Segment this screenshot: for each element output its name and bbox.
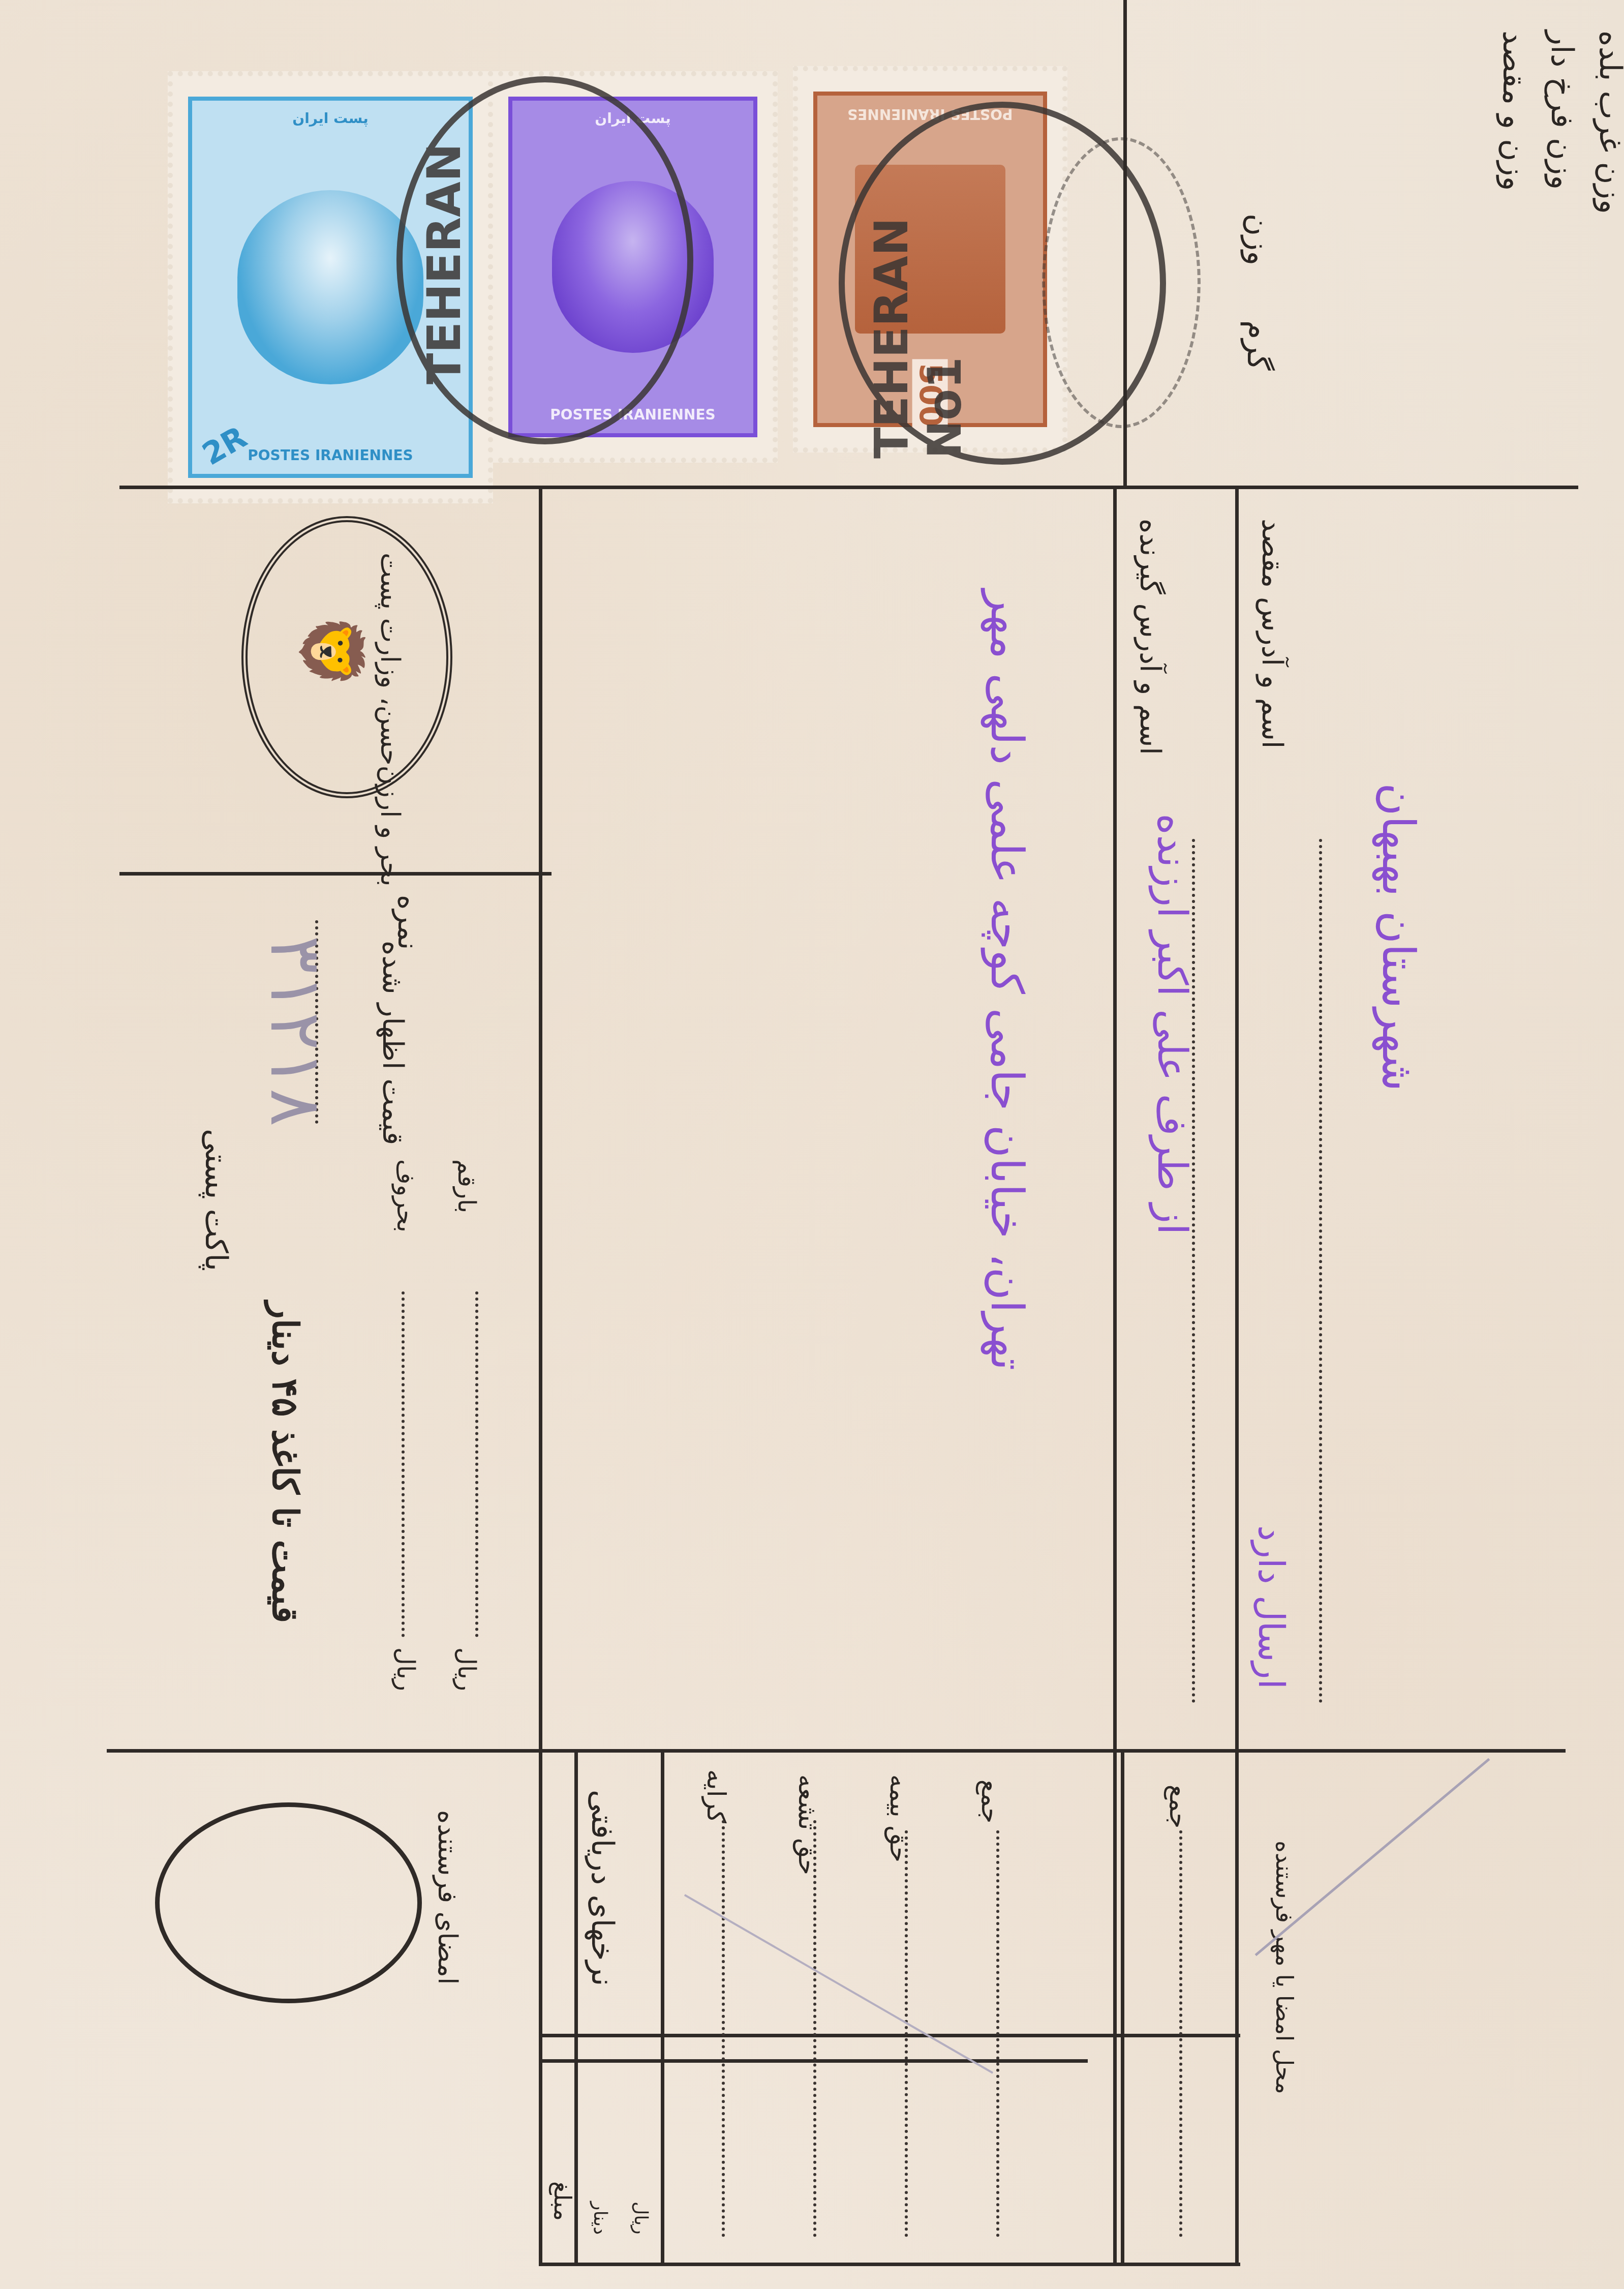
stamp-header: پست ایران: [292, 111, 368, 127]
form-title: پاکت پستی: [198, 1129, 234, 1271]
amount-subheader-rial: ریال: [630, 2202, 651, 2235]
dotted-line: [1319, 839, 1322, 1703]
postmark-faint: [1042, 137, 1201, 428]
dotted-line: [475, 1291, 478, 1637]
handwritten-sender: از طرف علی اکبر ارزنده: [1149, 814, 1196, 1234]
rule: [119, 872, 551, 876]
rule: [539, 488, 542, 2263]
postmark-1: TEHERAN: [396, 76, 693, 444]
sender-stamp-circle: [155, 1802, 422, 2003]
dotted-line: [905, 1830, 908, 2237]
dotted-line: [722, 1820, 725, 2237]
rial-label: ریال: [452, 1647, 481, 1691]
rule: [539, 2263, 1240, 2266]
signature-note: محل امضا یا مهر فرستنده: [1271, 1841, 1298, 2094]
in-words-label: بحروف: [391, 1159, 420, 1232]
lion-and-sun-icon: 🦁: [293, 609, 370, 695]
amount-header: مبلغ: [549, 2181, 576, 2221]
handwritten-destination: شهرستان بهبهان: [1372, 783, 1425, 1091]
rule: [107, 1749, 1566, 1753]
handwritten-address: تهران، خیابان جامی کوچه علمی دلهی مهر: [981, 590, 1033, 1370]
fees-title: نرخهای دریافتی: [585, 1790, 620, 1986]
fee-row-label: حق تشعه: [793, 1774, 822, 1875]
dotted-line: [813, 1820, 816, 2237]
divider: [1123, 0, 1127, 488]
rule: [661, 1749, 664, 2263]
stamp-caption: POSTES IRANIENNES: [248, 448, 413, 464]
fee-row-label: کرایه: [701, 1769, 731, 1823]
number-value: ۳۱۲۱۸: [254, 936, 337, 1127]
destination-label: اسم و آدرس مقصد: [1255, 519, 1289, 748]
rule: [1121, 1749, 1124, 2263]
portrait: [237, 190, 424, 384]
rule: [539, 2034, 1240, 2037]
rial-label: ریال: [391, 1647, 420, 1691]
emblem: 🦁 بحر و ارزن‌حسن، وزارت پست: [241, 516, 452, 798]
fee-row-label: حق بیمه: [884, 1774, 914, 1862]
gram-label: گرم: [1240, 320, 1276, 371]
amount-subheader-dinar: دینار: [590, 2202, 610, 2235]
recipient-label: اسم و آدرس گیرنده: [1133, 519, 1167, 755]
dotted-line: [996, 1830, 999, 2237]
in-digits-label: بارقم: [452, 1159, 481, 1213]
price-label: قیمت تا کاغذ ۴۵ دینار: [264, 1302, 307, 1623]
declared-value-label: قیمت اظهار شده: [376, 941, 409, 1145]
rule: [1235, 488, 1239, 2263]
sender-stamp-label: امضای فرستنده: [432, 1810, 463, 1985]
handwritten-note: ارسال دارد: [1250, 1525, 1292, 1689]
total-label: جمع: [1164, 1785, 1193, 1828]
rule: [119, 486, 1578, 489]
fee-row-label: جمع: [976, 1780, 1005, 1823]
weight-field-label: وزن: [1240, 214, 1276, 265]
dotted-line: [1179, 1830, 1182, 2237]
dotted-line: [402, 1291, 405, 1637]
weight-labels: وزن غرب بلده وزن فرخ دار وزن و مقصد: [1489, 31, 1624, 214]
stamp-value: 2R: [196, 419, 253, 473]
rule: [1113, 488, 1117, 2263]
